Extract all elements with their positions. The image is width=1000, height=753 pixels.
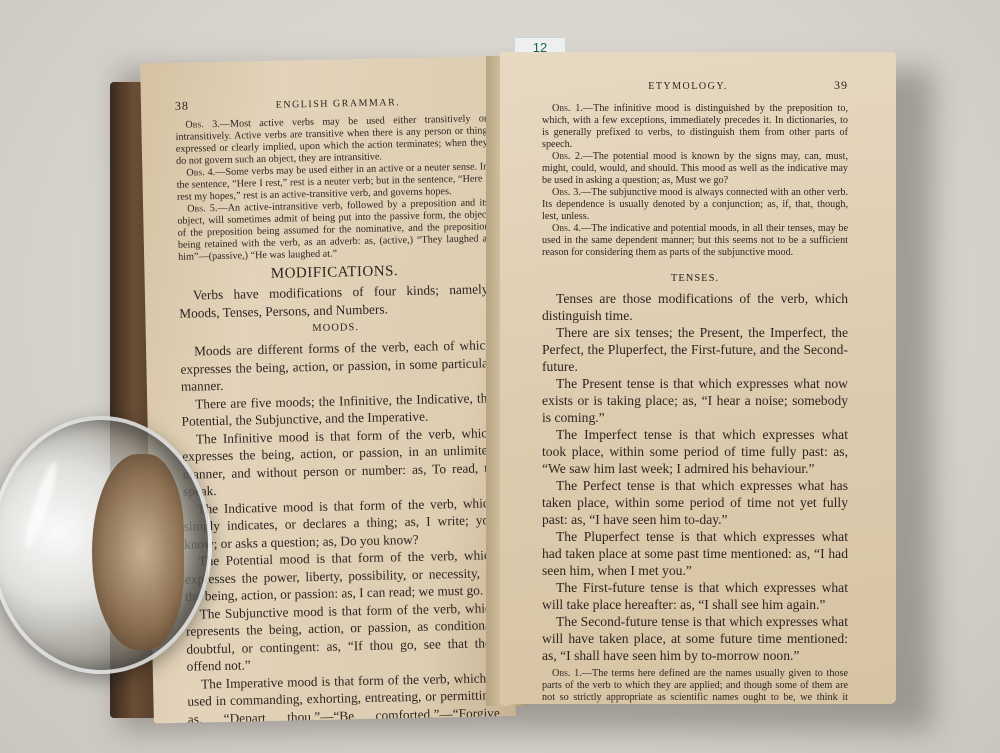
paragraph: The First-future tense is that which exp… [542, 579, 848, 613]
lens-glint [20, 460, 61, 550]
glass-magnifier [0, 416, 212, 674]
subsection-heading: MOODS. [180, 319, 492, 337]
paragraph: The Indicative mood is that form of the … [183, 494, 496, 553]
magnified-cover-reflection [92, 454, 184, 650]
observation: Obs. 3.—The subjunctive mood is always c… [542, 187, 848, 223]
observation: Obs. 3.—Most active verbs may be used ei… [175, 113, 488, 168]
paragraph: The Potential mood is that form of the v… [184, 546, 497, 605]
paragraph: Tenses are those modifications of the ve… [542, 290, 848, 324]
running-title: ETYMOLOGY. [648, 81, 728, 92]
paragraph: The Imperative mood is that form of the … [187, 669, 500, 724]
paragraph: The Pluperfect tense is that which expre… [542, 528, 848, 579]
right-page: ETYMOLOGY. 39 Obs. 1.—The infinitive moo… [500, 52, 896, 704]
observation: Obs. 2.—The potential mood is known by t… [542, 151, 848, 187]
paragraph: The Present tense is that which expresse… [542, 375, 848, 426]
paragraph: The Infinitive mood is that form of the … [182, 424, 495, 501]
paragraph: Moods are different forms of the verb, e… [180, 336, 493, 395]
paragraph: There are six tenses; the Present, the I… [542, 324, 848, 375]
observation: Obs. 5.—An active-intransitive verb, fol… [177, 197, 490, 264]
observation: Obs. 1.—The terms here defined are the n… [542, 668, 848, 704]
observation: Obs. 4.—The indicative and potential moo… [542, 223, 848, 259]
observation: Obs. 1.—The infinitive mood is distingui… [542, 103, 848, 151]
paragraph: Verbs have modifications of four kinds; … [179, 280, 492, 322]
paragraph: The Imperfect tense is that which expres… [542, 426, 848, 477]
page-number: 38 [175, 99, 189, 114]
left-page: 38 ENGLISH GRAMMAR. Obs. 3.—Most active … [140, 56, 516, 723]
right-running-head: ETYMOLOGY. 39 [542, 78, 848, 93]
page-number: 39 [834, 78, 848, 93]
paragraph: The Perfect tense is that which expresse… [542, 477, 848, 528]
paragraph: The Subjunctive mood is that form of the… [185, 599, 498, 676]
section-heading: TENSES. [542, 273, 848, 284]
paragraph: The Second-future tense is that which ex… [542, 613, 848, 664]
